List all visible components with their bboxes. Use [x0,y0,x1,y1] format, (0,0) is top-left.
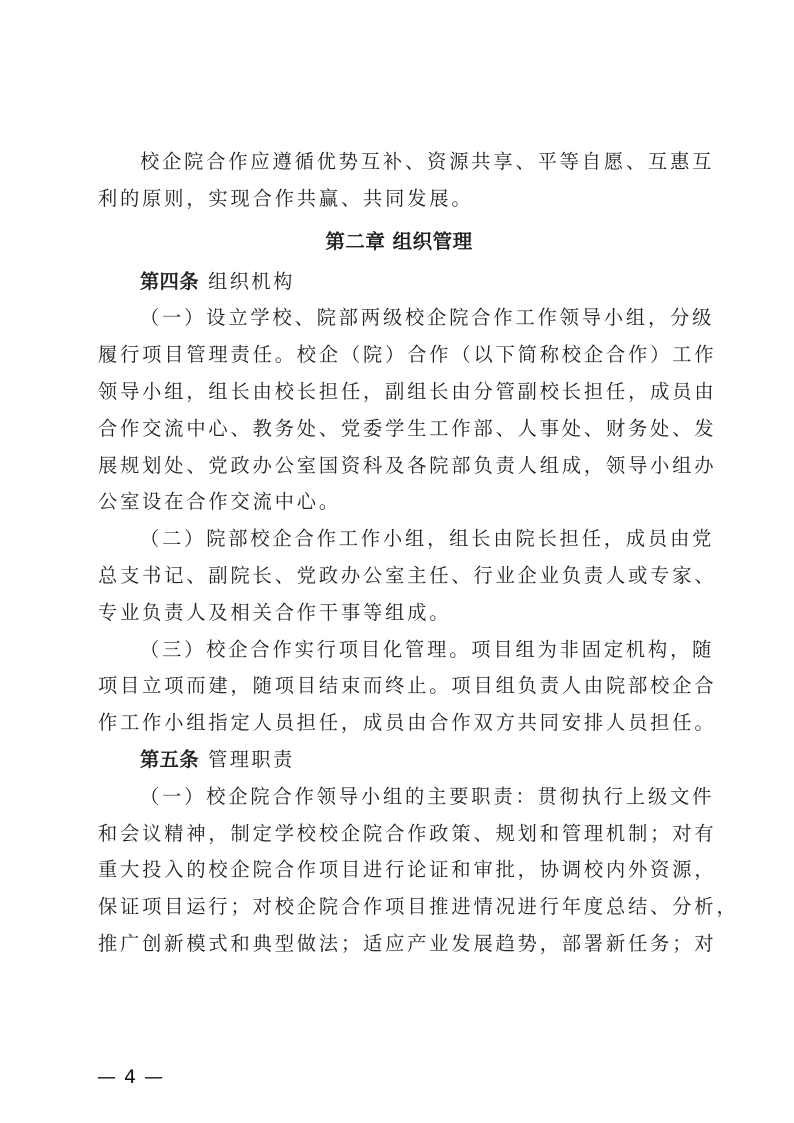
article-4-item-3: （三）校企合作实行项目化管理。项目组为非固定机构，随 项目立项而建，随项目结束而… [98,632,700,742]
article-4-item-2: （二）院部校企合作工作小组，组长由院长担任，成员由党 总支书记、副院长、党政办公… [98,521,700,631]
document-body: 校企院合作应遵循优势互补、资源共享、平等自愿、互惠互 利的原则，实现合作共赢、共… [98,144,700,963]
chapter-heading: 第二章 组织管理 [98,220,700,264]
paragraph-principles: 校企院合作应遵循优势互补、资源共享、平等自愿、互惠互 利的原则，实现合作共赢、共… [98,144,700,218]
article-4-item-1: （一）设立学校、院部两级校企院合作工作领导小组，分级 履行项目管理责任。校企（院… [98,300,700,521]
text-line: （三）校企合作实行项目化管理。项目组为非固定机构，随 [98,632,700,669]
text-line: （一）校企院合作领导小组的主要职责：贯彻执行上级文件 [98,779,700,816]
text-line: （一）设立学校、院部两级校企院合作工作领导小组，分级 [98,300,700,337]
text-line: 总支书记、副院长、党政办公室主任、行业企业负责人或专家、 [98,558,700,595]
text-line: 推广创新模式和典型做法；适应产业发展趋势，部署新任务；对 [98,926,700,963]
article-4-heading: 第四条 组织机构 [98,264,700,301]
text-line: 校企院合作应遵循优势互补、资源共享、平等自愿、互惠互 [98,144,700,181]
text-line: 作工作小组指定人员担任，成员由合作双方共同安排人员担任。 [98,705,700,742]
text-line: 展规划处、党政办公室国资科及各院部负责人组成，领导小组办 [98,448,700,485]
article-5-item-1: （一）校企院合作领导小组的主要职责：贯彻执行上级文件 和会议精神，制定学校校企院… [98,779,700,963]
text-line: 公室设在合作交流中心。 [98,484,700,521]
text-line: （二）院部校企合作工作小组，组长由院长担任，成员由党 [98,521,700,558]
text-line: 利的原则，实现合作共赢、共同发展。 [98,181,700,218]
text-line: 项目立项而建，随项目结束而终止。项目组负责人由院部校企合 [98,668,700,705]
text-line: 重大投入的校企院合作项目进行论证和审批，协调校内外资源， [98,852,700,889]
page-number: — 4 — [97,1066,164,1088]
article-5-name: 管理职责 [208,748,295,771]
text-line: 保证项目运行；对校企院合作项目推进情况进行年度总结、分析， [98,889,700,926]
article-5-label: 第五条 [140,748,199,771]
text-line: 专业负责人及相关合作干事等组成。 [98,595,700,632]
article-4-name: 组织机构 [208,270,295,293]
text-line: 领导小组，组长由校长担任，副组长由分管副校长担任，成员由 [98,374,700,411]
article-5-heading: 第五条 管理职责 [98,742,700,779]
text-line: 履行项目管理责任。校企（院）合作（以下简称校企合作）工作 [98,337,700,374]
article-4-label: 第四条 [140,270,199,293]
text-line: 合作交流中心、教务处、党委学生工作部、人事处、财务处、发 [98,411,700,448]
document-page: 校企院合作应遵循优势互补、资源共享、平等自愿、互惠互 利的原则，实现合作共赢、共… [0,0,794,1123]
text-line: 和会议精神，制定学校校企院合作政策、规划和管理机制；对有 [98,816,700,853]
